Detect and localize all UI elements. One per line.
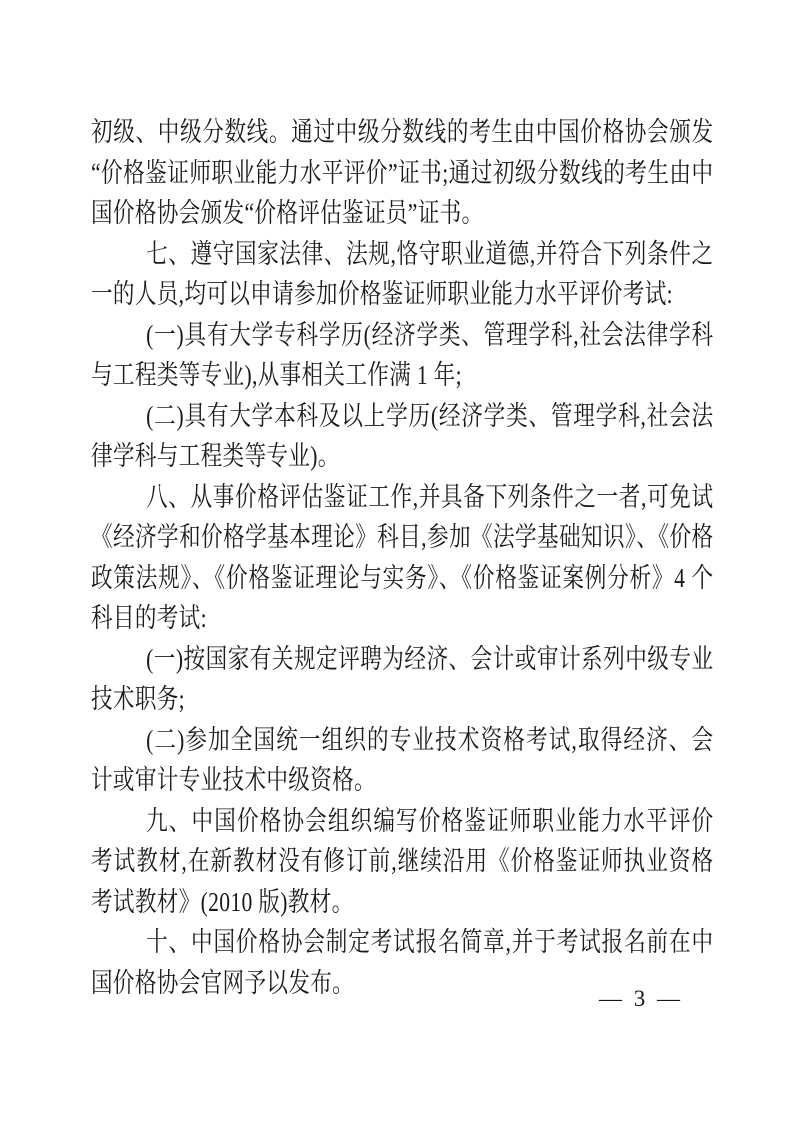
paragraph: 初级、中级分数线。通过中级分数线的考生由中国价格协会颁发“价格鉴证师职业能力水平… (91, 112, 713, 234)
page-number: — 3 — (599, 986, 683, 1012)
paragraph: 九、中国价格协会组织编写价格鉴证师职业能力水平评价考试教材,在新教材没有修订前,… (91, 801, 713, 923)
paragraph: (二)具有大学本科及以上学历(经济学类、管理学科,社会法律学科与工程类等专业)。 (91, 396, 713, 477)
paragraph: (一)具有大学专科学历(经济学类、管理学科,社会法律学科与工程类等专业),从事相… (91, 315, 713, 396)
paragraph: 七、遵守国家法律、法规,恪守职业道德,并符合下列条件之一的人员,均可以申请参加价… (91, 234, 713, 315)
paragraph: (二)参加全国统一组织的专业技术资格考试,取得经济、会计或审计专业技术中级资格。 (91, 720, 713, 801)
paragraph: 八、从事价格评估鉴证工作,并具备下列条件之一者,可免试《经济学和价格学基本理论》… (91, 477, 713, 639)
document-page: 初级、中级分数线。通过中级分数线的考生由中国价格协会颁发“价格鉴证师职业能力水平… (0, 0, 793, 1123)
document-body: 初级、中级分数线。通过中级分数线的考生由中国价格协会颁发“价格鉴证师职业能力水平… (91, 112, 713, 1003)
paragraph: (一)按国家有关规定评聘为经济、会计或审计系列中级专业技术职务; (91, 639, 713, 720)
